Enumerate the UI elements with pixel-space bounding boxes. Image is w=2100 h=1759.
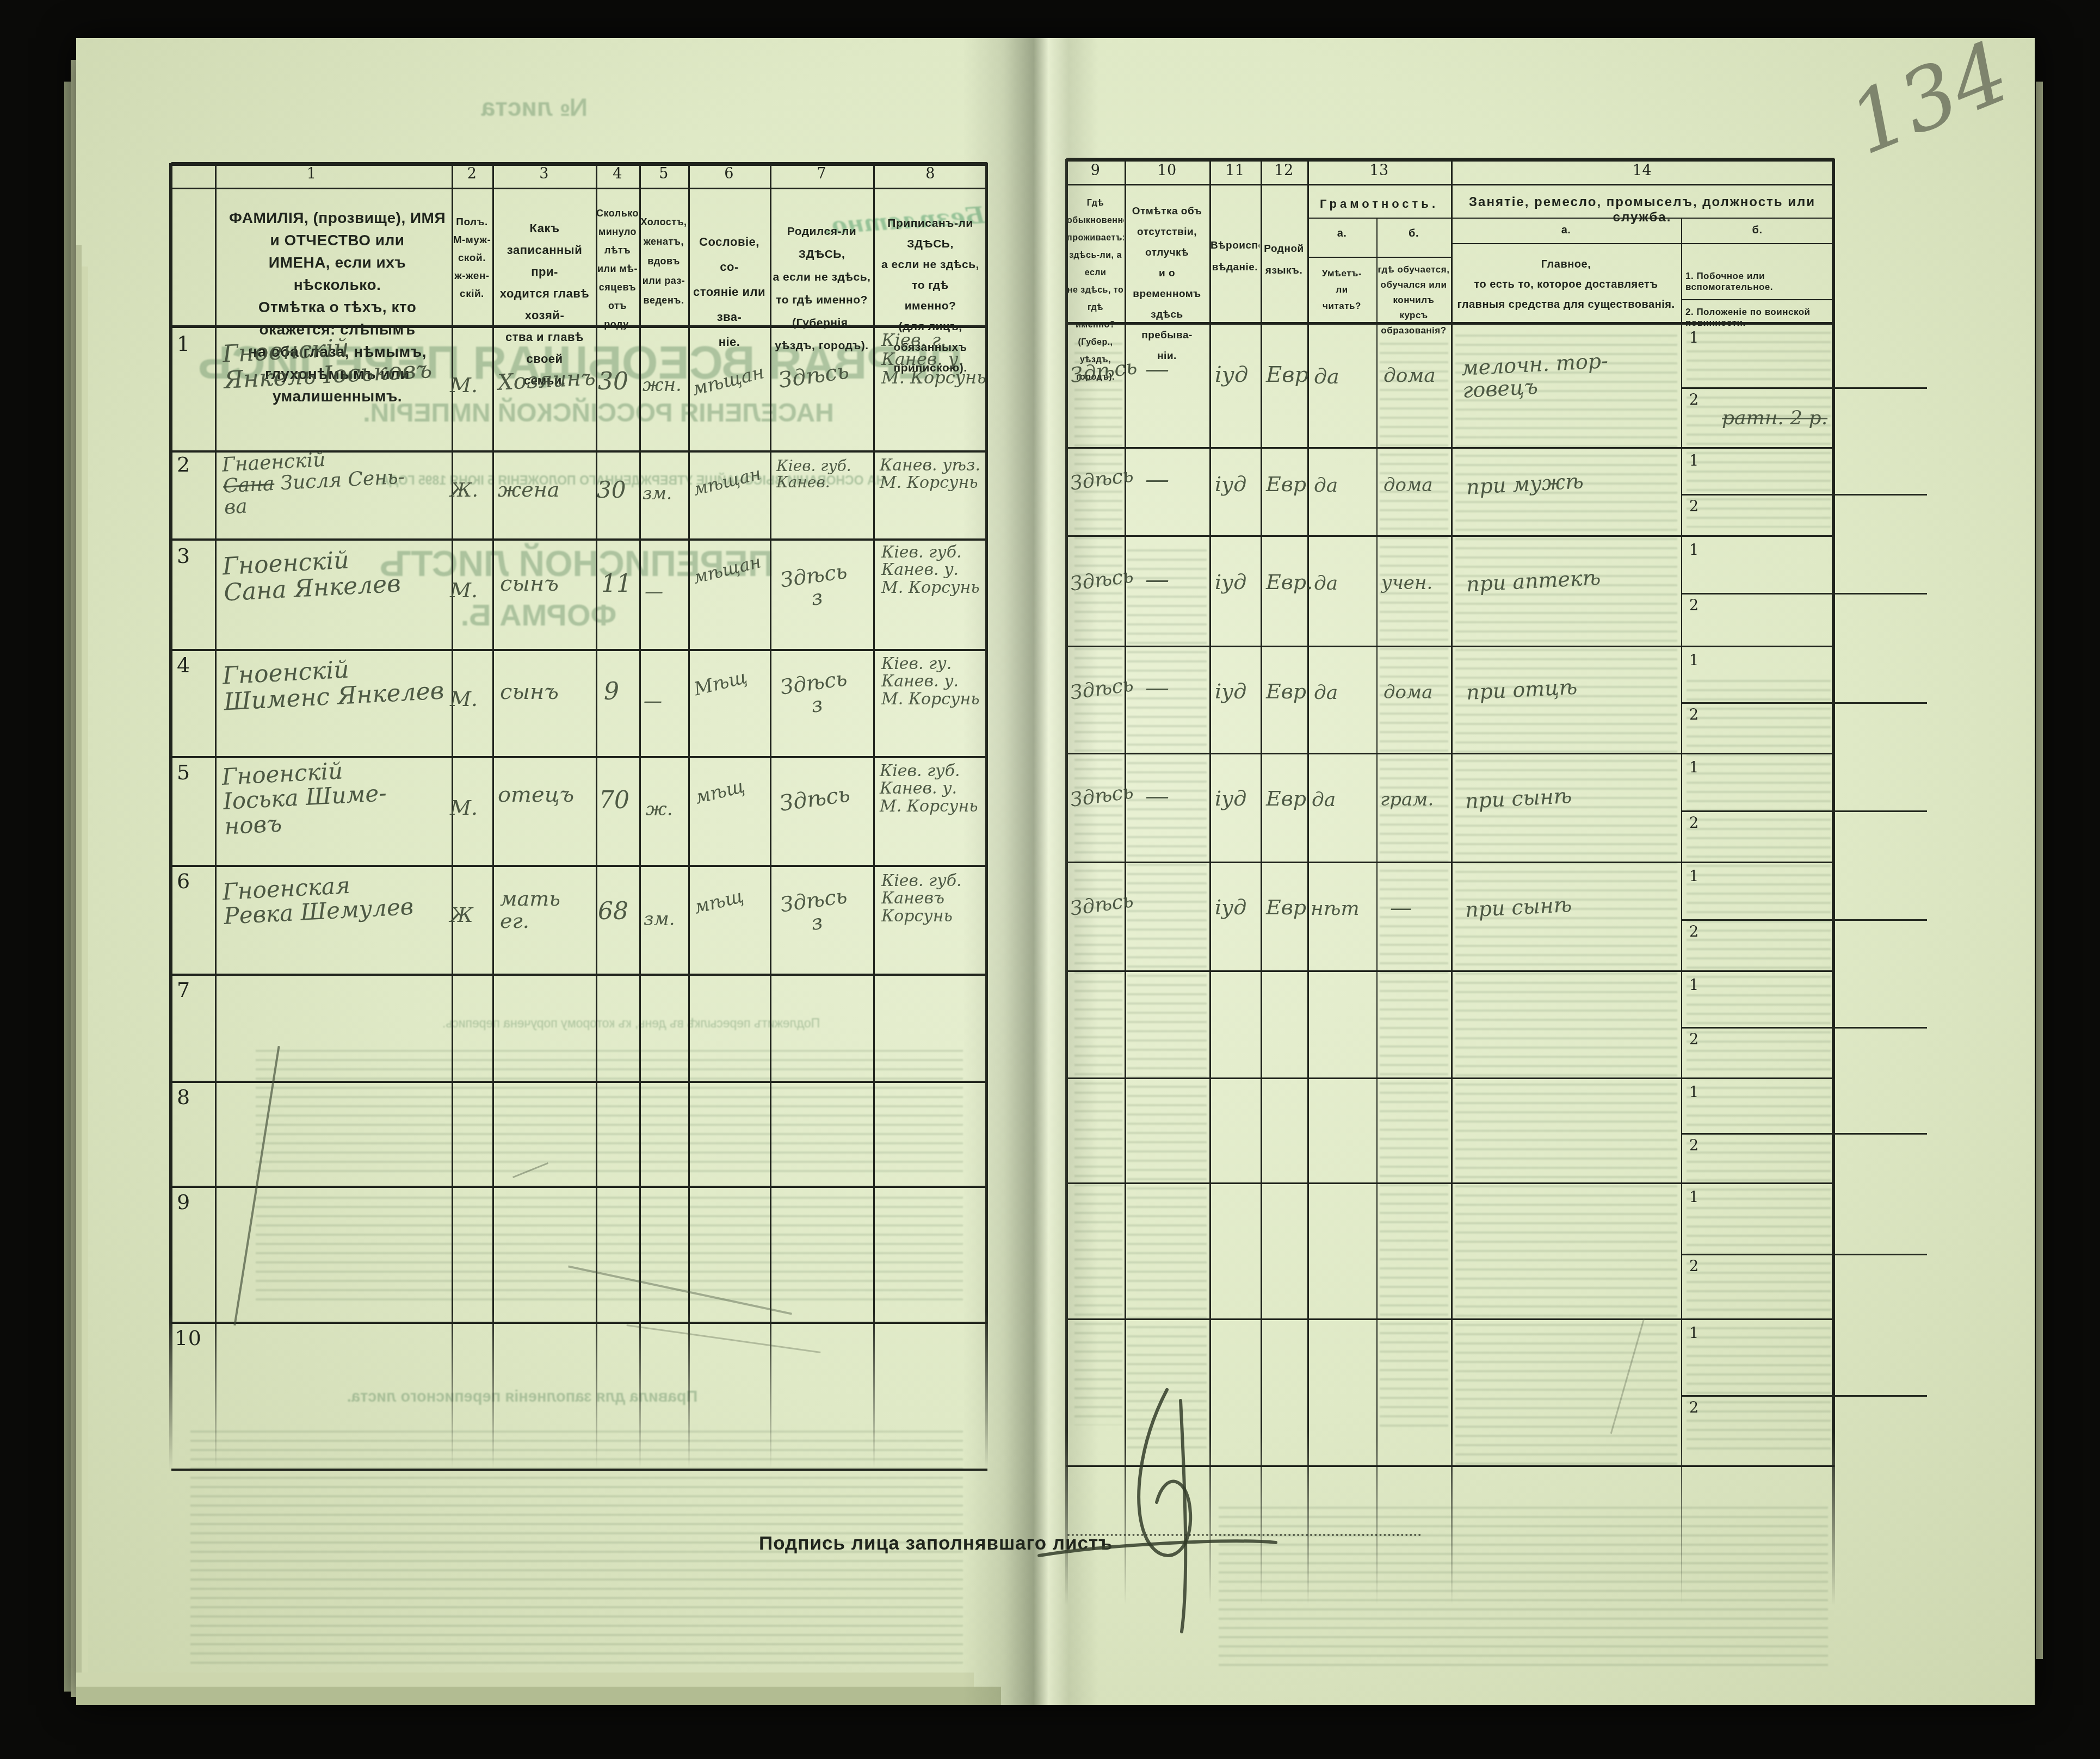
sub-cell-2: 2	[1689, 707, 1698, 723]
sub-cell-2: 2	[1689, 1137, 1698, 1154]
column-header-literacy-a: Умѣетъ- ли читать?	[1307, 265, 1376, 314]
entry-birthplace: Здѣсь	[779, 783, 851, 816]
entry-sex: М.	[450, 797, 478, 819]
entry-military-status-struck: ратн. 2 р.	[1722, 408, 1827, 429]
entry-name: Гноенскій Шименс Янкелев	[222, 652, 445, 715]
page-number-pencil: 134	[1836, 22, 2022, 174]
entry-estate: Мѣщ	[692, 667, 749, 700]
row-number: 3	[177, 544, 209, 568]
under-sheet-edge	[76, 245, 82, 1705]
sub-cell-1: 1	[1689, 542, 1698, 559]
entry-reads: да	[1314, 475, 1338, 497]
sub-cell-divider	[1682, 810, 1927, 812]
entry-religion: іуд	[1215, 571, 1246, 593]
entry-estate: мѣщ	[693, 776, 746, 808]
sub-cell-divider	[1682, 702, 1927, 704]
entry-age: 30	[598, 369, 628, 395]
entry-age: 30	[597, 478, 626, 502]
entry-occupation: при мужѣ	[1466, 470, 1584, 498]
entry-occupation: при аптекѣ	[1466, 567, 1601, 596]
entry-education: дома	[1383, 475, 1432, 496]
entry-education: —	[1390, 896, 1412, 920]
entry-sex: Ж	[450, 904, 473, 926]
column-header-sex: Полъ. М-муж- ской. ж-жен- скій.	[452, 213, 492, 303]
entry-occupation: при сынѣ	[1465, 894, 1572, 921]
bottom-sheet-edge2	[76, 1687, 1001, 1705]
table-hline	[171, 188, 987, 189]
entry-education: учен.	[1381, 573, 1432, 593]
column-header-occupation-title: Занятіе, ремесло, промыселъ, должность и…	[1451, 195, 1833, 225]
entry-name: Гноенскій Янкель Іоськовъ	[222, 331, 433, 393]
sub-cell-1: 1	[1689, 652, 1698, 669]
sub-cell-1: 1	[1689, 759, 1698, 776]
entry-religion: іуд	[1215, 788, 1246, 810]
col-number-14: 14	[1451, 162, 1833, 179]
entry-occupation: мелочн. тор- говецъ	[1461, 350, 1610, 402]
entry-birthplace: Здѣсь	[777, 360, 850, 393]
sub-cell-2: 2	[1689, 815, 1698, 832]
entry-marital: зм.	[643, 484, 672, 503]
entry-religion: іуд	[1215, 473, 1246, 496]
entry-registered: Кіев. губ. Каневъ Корсунь	[881, 872, 962, 925]
entry-birthplace: Здѣсь з	[779, 667, 851, 721]
entry-language: Евр	[1266, 680, 1306, 703]
sub-cell-divider	[1682, 494, 1927, 496]
sub-cell-2: 2	[1689, 1399, 1698, 1416]
entry-estate: мѣщ	[692, 886, 745, 918]
entry-relation: жена	[498, 479, 559, 501]
col-number-11: 11	[1209, 162, 1261, 179]
sub-cell-2: 2	[1689, 1258, 1698, 1275]
entry-marital: —	[645, 582, 663, 602]
sub-cell-2: 2	[1689, 392, 1698, 408]
entry-name-struck: Сана	[223, 473, 275, 498]
entry-name: ГнаенскійСана Зисля Сень- ва	[221, 445, 406, 518]
entry-name: Гноенская Ревка Шемулев	[222, 870, 414, 929]
entry-birthplace: Здѣсь з	[779, 885, 851, 938]
row-number: 4	[177, 653, 209, 677]
entry-language: Евр.	[1266, 571, 1313, 593]
entry-education: дома	[1383, 366, 1436, 387]
entry-name: Гноенскій Сана Янкелев	[222, 545, 402, 606]
entry-sex: М.	[450, 374, 478, 397]
entry-name: Гноенскій Іоська Шиме- новъ	[221, 756, 388, 839]
sub-cell-divider	[1682, 919, 1927, 921]
col-number-10: 10	[1125, 162, 1209, 179]
entry-marital: ж.	[646, 800, 672, 820]
bottom-sheet-edge	[76, 1673, 974, 1687]
column-header-occupation-b2: 2. Положеніе по воинской повинности.	[1685, 307, 1829, 329]
sub-cell-1: 1	[1689, 1189, 1698, 1206]
enumerator-signature	[1001, 1376, 1284, 1648]
entry-age: 11	[601, 571, 632, 597]
column-header-religion: Вѣроиспо- вѣданіе.	[1210, 235, 1259, 278]
row-number: 2	[177, 453, 209, 476]
col-number-6: 6	[688, 165, 770, 182]
entry-marital: зм.	[644, 909, 675, 930]
page-stack-edge-right	[2036, 82, 2043, 1659]
entry-education: дома	[1383, 683, 1432, 703]
sub-cell-divider	[1682, 593, 1927, 594]
sub-cell-divider	[1682, 387, 1927, 389]
column-header-marital: Холостъ, женатъ, вдовъ или раз- веденъ.	[639, 212, 688, 310]
entry-reads: нѣт	[1311, 899, 1360, 920]
table-hline	[1066, 184, 1835, 185]
entry-absence: —	[1145, 783, 1169, 809]
table-hline	[1681, 299, 1833, 300]
row-number: 9	[177, 1190, 209, 1214]
column-header-literacy-a-label: а.	[1307, 227, 1376, 240]
entry-language: Евр	[1266, 363, 1308, 387]
entry-language: Евр	[1266, 473, 1306, 496]
sub-cell-2: 2	[1689, 1031, 1698, 1048]
sub-cell-1: 1	[1689, 453, 1698, 469]
entry-language: Евр	[1266, 896, 1306, 919]
sub-cell-divider	[1682, 1027, 1927, 1029]
entry-religion: іуд	[1215, 896, 1246, 919]
table-hline	[1307, 218, 1451, 219]
row-number: 8	[177, 1085, 209, 1109]
row-number: 10	[175, 1326, 213, 1350]
column-header-language: Родной языкъ.	[1262, 238, 1306, 282]
entry-absence: —	[1145, 356, 1169, 382]
entry-relation: Хозяинъ	[497, 366, 596, 395]
column-header-occupation-a-label: а.	[1451, 224, 1681, 237]
entry-relation: сынъ	[500, 572, 559, 596]
under-sheet-edge2	[82, 267, 88, 1705]
entry-occupation: при отцѣ	[1466, 676, 1578, 704]
entry-relation: сынъ	[500, 680, 559, 704]
census-sheet: ПЕРВАЯ ВСЕОБЩАЯ ПЕРЕПИСЬ НАСЕЛЕНІЯ РОССІ…	[76, 38, 2035, 1705]
entry-reads: да	[1314, 573, 1338, 594]
sub-cell-divider	[1682, 1395, 1927, 1397]
bleed-list-number: № листа	[403, 92, 588, 122]
bleed-texture	[1219, 1507, 1828, 1670]
col-number-4: 4	[596, 165, 639, 182]
col-number-12: 12	[1261, 162, 1307, 179]
entry-marital: —	[644, 691, 662, 711]
entry-birthplace: Здѣсь з	[779, 560, 851, 614]
row-number: 5	[177, 760, 209, 784]
column-header-occupation-b1: 1. Побочное или вспомогательное.	[1685, 271, 1829, 293]
entry-estate: мѣщан	[691, 552, 763, 587]
table-top-border	[1066, 158, 1835, 162]
col-number-3: 3	[492, 165, 596, 182]
sub-cell-1: 1	[1689, 868, 1698, 885]
entry-reads: да	[1314, 366, 1339, 388]
entry-education: грам.	[1380, 790, 1434, 810]
table-hline	[1681, 243, 1833, 244]
entry-language: Евр	[1266, 788, 1306, 810]
col-number-7: 7	[770, 165, 873, 182]
column-header-age: Сколько минуло лѣтъ или мѣ- сяцевъ отъ р…	[596, 204, 639, 333]
entry-religion: іуд	[1215, 680, 1246, 703]
entry-reads: да	[1314, 683, 1338, 704]
sub-cell-1: 1	[1689, 1325, 1698, 1342]
sub-cell-2: 2	[1689, 498, 1698, 515]
entry-birthplace: Кіев. губ. Канев.	[776, 458, 851, 491]
entry-age: 9	[604, 679, 619, 705]
row-number: 7	[177, 978, 209, 1002]
table-hline	[1307, 257, 1451, 258]
entry-absence: —	[1145, 567, 1169, 593]
entry-estate: мѣщан	[690, 362, 767, 399]
entry-relation: отецъ	[498, 783, 574, 807]
column-header-occupation-b-label: б.	[1681, 224, 1833, 237]
entry-age: 70	[599, 788, 629, 814]
col-number-1: 1	[171, 165, 452, 182]
col-number-2: 2	[452, 165, 492, 182]
column-header-occupation-a: Главное, то есть то, которое доставляетъ…	[1456, 255, 1676, 315]
sub-cell-1: 1	[1689, 1084, 1698, 1101]
entry-estate: мѣщан	[691, 464, 763, 499]
sub-cell-1: 1	[1689, 330, 1698, 346]
entry-sex: Ж.	[450, 480, 478, 501]
column-header-literacy-b-label: б.	[1376, 227, 1451, 240]
entry-religion: іуд	[1215, 363, 1248, 387]
row-line	[171, 1469, 987, 1471]
entry-age: 68	[598, 899, 628, 925]
entry-absence: —	[1145, 467, 1169, 493]
entry-marital: жн.	[643, 375, 682, 395]
col-number-13: 13	[1307, 162, 1451, 179]
entry-relation: мать ег.	[500, 888, 560, 932]
sub-cell-divider	[1682, 1133, 1927, 1135]
row-number: 1	[177, 332, 209, 356]
entry-sex: М.	[450, 688, 478, 710]
entry-absence: —	[1145, 675, 1169, 701]
column-header-literacy-title: Грамотность.	[1307, 197, 1451, 211]
entry-occupation: при сынѣ	[1465, 785, 1572, 813]
entry-reads: да	[1312, 790, 1336, 811]
col-number-5: 5	[639, 165, 688, 182]
sub-cell-divider	[1682, 1254, 1927, 1255]
row-number: 6	[177, 869, 209, 893]
page-stack-edge-left	[64, 82, 71, 1692]
sub-cell-2: 2	[1689, 597, 1698, 614]
entry-sex: М.	[450, 579, 478, 602]
table-hline	[1451, 243, 1681, 244]
sub-cell-2: 2	[1689, 924, 1698, 940]
sub-cell-1: 1	[1689, 977, 1698, 994]
photo-background: ПЕРВАЯ ВСЕОБЩАЯ ПЕРЕПИСЬ НАСЕЛЕНІЯ РОССІ…	[0, 0, 2100, 1759]
